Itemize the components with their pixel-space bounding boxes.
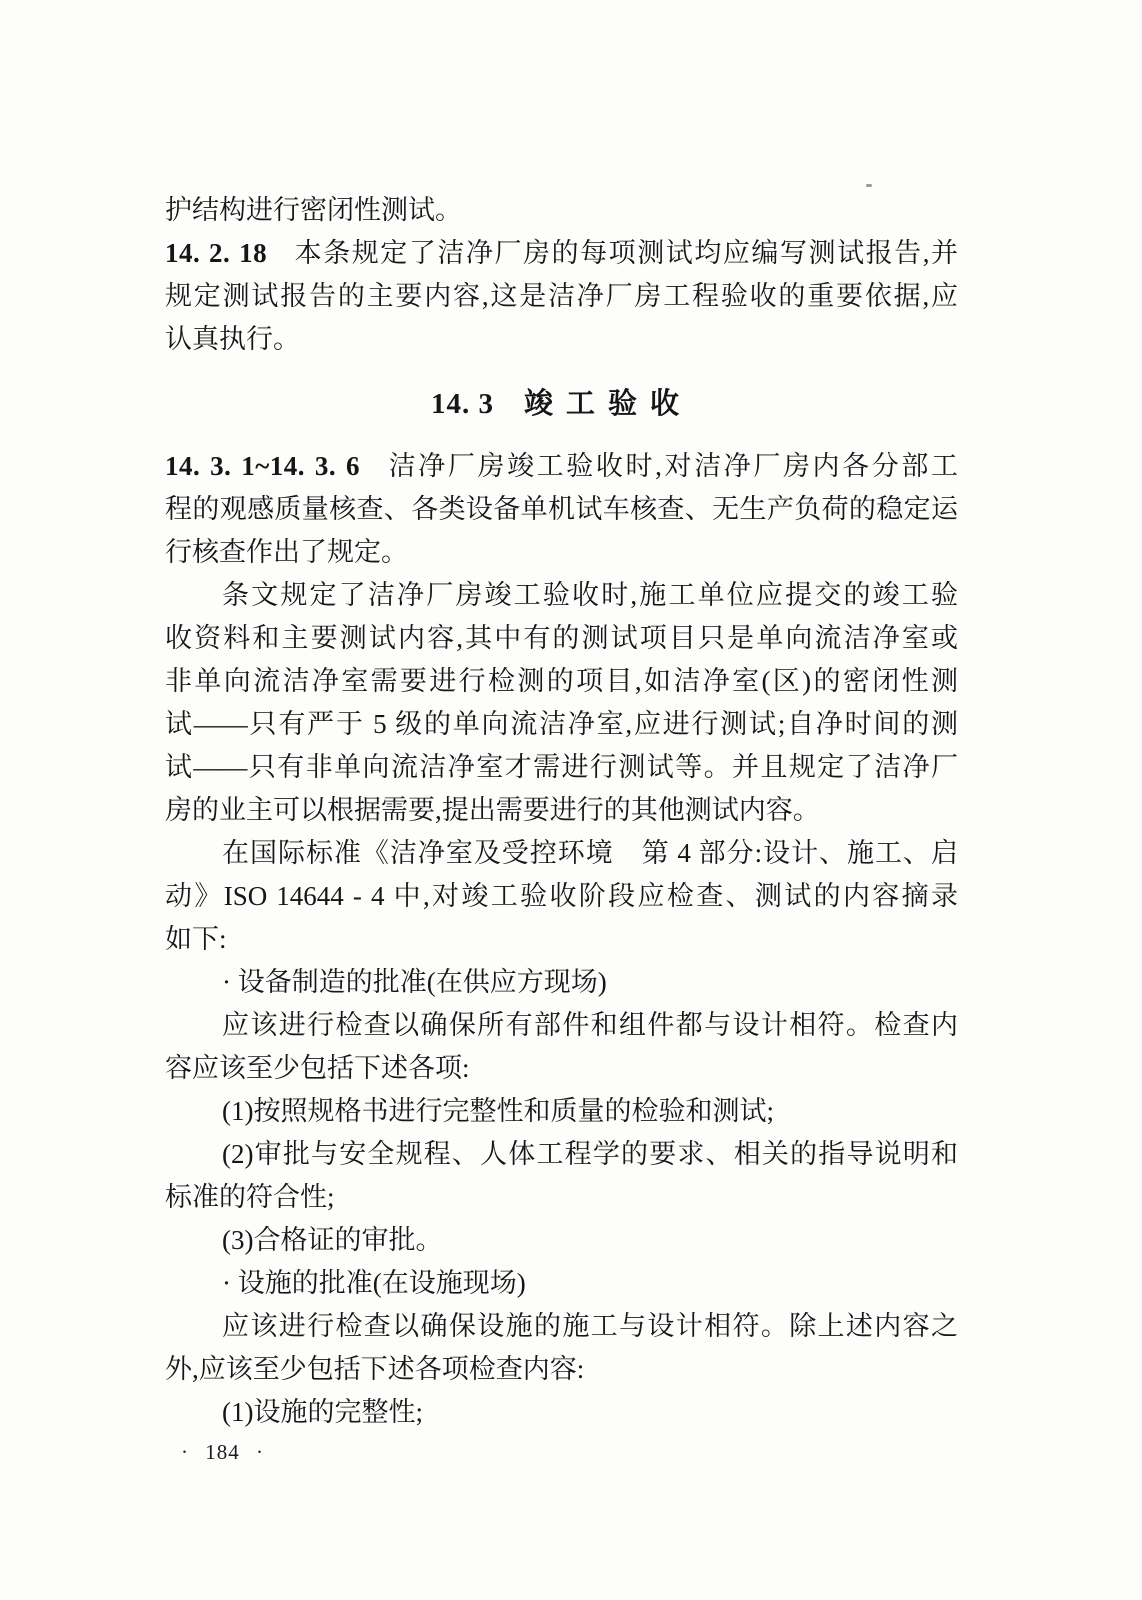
text-line: 认真执行。 [165,318,958,361]
text-line: (1)按照规格书进行完整性和质量的检验和测试; [165,1090,958,1133]
text-line: 护结构进行密闭性测试。 [165,189,958,232]
text-line: 容应该至少包括下述各项: [165,1047,958,1090]
section-heading: 14. 3竣工验收 [165,383,958,426]
text-line: · 设施的批准(在设施现场) [165,1262,958,1305]
text-line: · 设备制造的批准(在供应方现场) [165,961,958,1004]
text-column: 护结构进行密闭性测试。14. 2. 18本条规定了洁净厂房的每项测试均应编写测试… [165,189,958,1465]
text-line: 规定测试报告的主要内容,这是洁净厂房工程验收的重要依据,应 [165,275,958,318]
text-line: 程的观感质量核查、各类设备单机试车核查、无生产负荷的稳定运 [165,488,958,531]
text-line: 动》ISO 14644 - 4 中,对竣工验收阶段应检查、测试的内容摘录 [165,875,958,918]
text-line: 试——只有严于 5 级的单向流洁净室,应进行测试;自净时间的测 [165,703,958,746]
text-line: 条文规定了洁净厂房竣工验收时,施工单位应提交的竣工验 [165,574,958,617]
text-line: 应该进行检查以确保设施的施工与设计相符。除上述内容之 [165,1305,958,1348]
text-line: 非单向流洁净室需要进行检测的项目,如洁净室(区)的密闭性测 [165,660,958,703]
clause-number: 14. 2. 18 [165,238,267,268]
section-number: 14. 3 [431,388,494,420]
text-line: 在国际标准《洁净室及受控环境 第 4 部分:设计、施工、启 [165,832,958,875]
text-line: 外,应该至少包括下述各项检查内容: [165,1348,958,1391]
page-number: · 184 · [165,1440,958,1465]
document-page: 护结构进行密闭性测试。14. 2. 18本条规定了洁净厂房的每项测试均应编写测试… [0,0,1142,1600]
text-line: 房的业主可以根据需要,提出需要进行的其他测试内容。 [165,789,958,832]
text-line: (3)合格证的审批。 [165,1219,958,1262]
text-line: 应该进行检查以确保所有部件和组件都与设计相符。检查内 [165,1004,958,1047]
section-title: 竣工验收 [524,388,692,420]
text-lines: 护结构进行密闭性测试。14. 2. 18本条规定了洁净厂房的每项测试均应编写测试… [165,189,958,1434]
text-line: 试——只有非单向流洁净室才需进行测试等。并且规定了洁净厂 [165,746,958,789]
text-line: 14. 2. 18本条规定了洁净厂房的每项测试均应编写测试报告,并 [165,232,958,275]
text-line: 收资料和主要测试内容,其中有的测试项目只是单向流洁净室或 [165,617,958,660]
text-line: 行核查作出了规定。 [165,531,958,574]
text-line: 如下: [165,918,958,961]
scan-artifact [866,184,872,187]
text-line: (1)设施的完整性; [165,1391,958,1434]
text-line: 标准的符合性; [165,1176,958,1219]
text-line: 14. 3. 1~14. 3. 6洁净厂房竣工验收时,对洁净厂房内各分部工 [165,445,958,488]
clause-number: 14. 3. 1~14. 3. 6 [165,451,360,481]
text-line: (2)审批与安全规程、人体工程学的要求、相关的指导说明和 [165,1133,958,1176]
